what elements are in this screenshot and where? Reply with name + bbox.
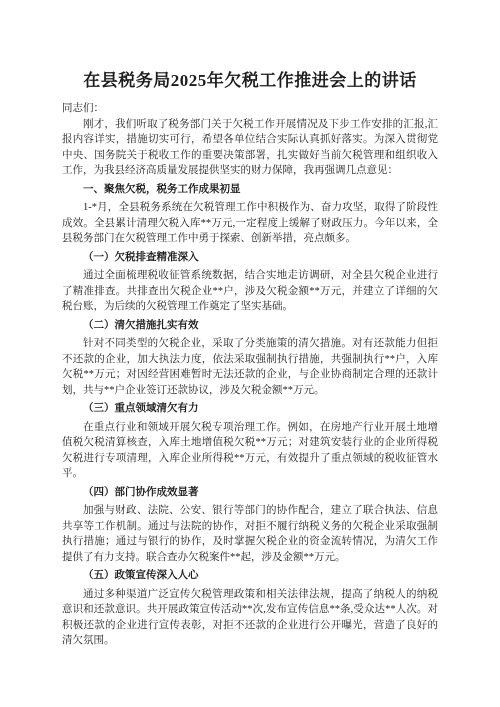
subsection-5-paragraph: 通过多种渠道广泛宣传欠税管理政策和相关法律法规，提高了纳税人的纳税意识和还款意识… [62, 587, 438, 649]
section-1-heading: 一、聚焦欠税，税务工作成果初显 [62, 182, 438, 198]
subsection-4-heading: （四）部门协作成效显著 [62, 485, 438, 501]
document-page: 在县税务局2025年欠税工作推进会上的讲话 同志们： 刚才，我们听取了税务部门关… [0, 0, 500, 707]
document-title: 在县税务局2025年欠税工作推进会上的讲话 [62, 70, 438, 92]
subsection-4-paragraph: 加强与财政、法院、公安、银行等部门的协作配合，建立了联合执法、信息共享等工作机制… [62, 503, 438, 565]
subsection-2-heading: （二）清欠措施扎实有效 [62, 318, 438, 334]
section-1-paragraph: 1-*月，全县税务系统在欠税管理工作中积极作为、奋力攻坚，取得了阶段性成效。全县… [62, 200, 438, 247]
subsection-3-heading: （三）重点领域清欠有力 [62, 401, 438, 417]
salutation: 同志们： [62, 101, 438, 117]
subsection-2-paragraph: 针对不同类型的欠税企业，采取了分类施策的清欠措施。对有还款能力但拒不还款的企业，… [62, 336, 438, 398]
subsection-1-heading: （一）欠税排查精准深入 [62, 250, 438, 266]
subsection-5-heading: （五）政策宣传深入人心 [62, 568, 438, 584]
subsection-3-paragraph: 在重点行业和领域开展欠税专项治理工作。例如，在房地产行业开展土地增值税欠税清算核… [62, 420, 438, 482]
subsection-1-paragraph: 通过全面梳理税收征管系统数据，结合实地走访调研，对全县欠税企业进行了精准排查。共… [62, 268, 438, 315]
intro-paragraph: 刚才，我们听取了税务部门关于欠税工作开展情况及下步工作安排的汇报,汇报内容详实，… [62, 117, 438, 179]
